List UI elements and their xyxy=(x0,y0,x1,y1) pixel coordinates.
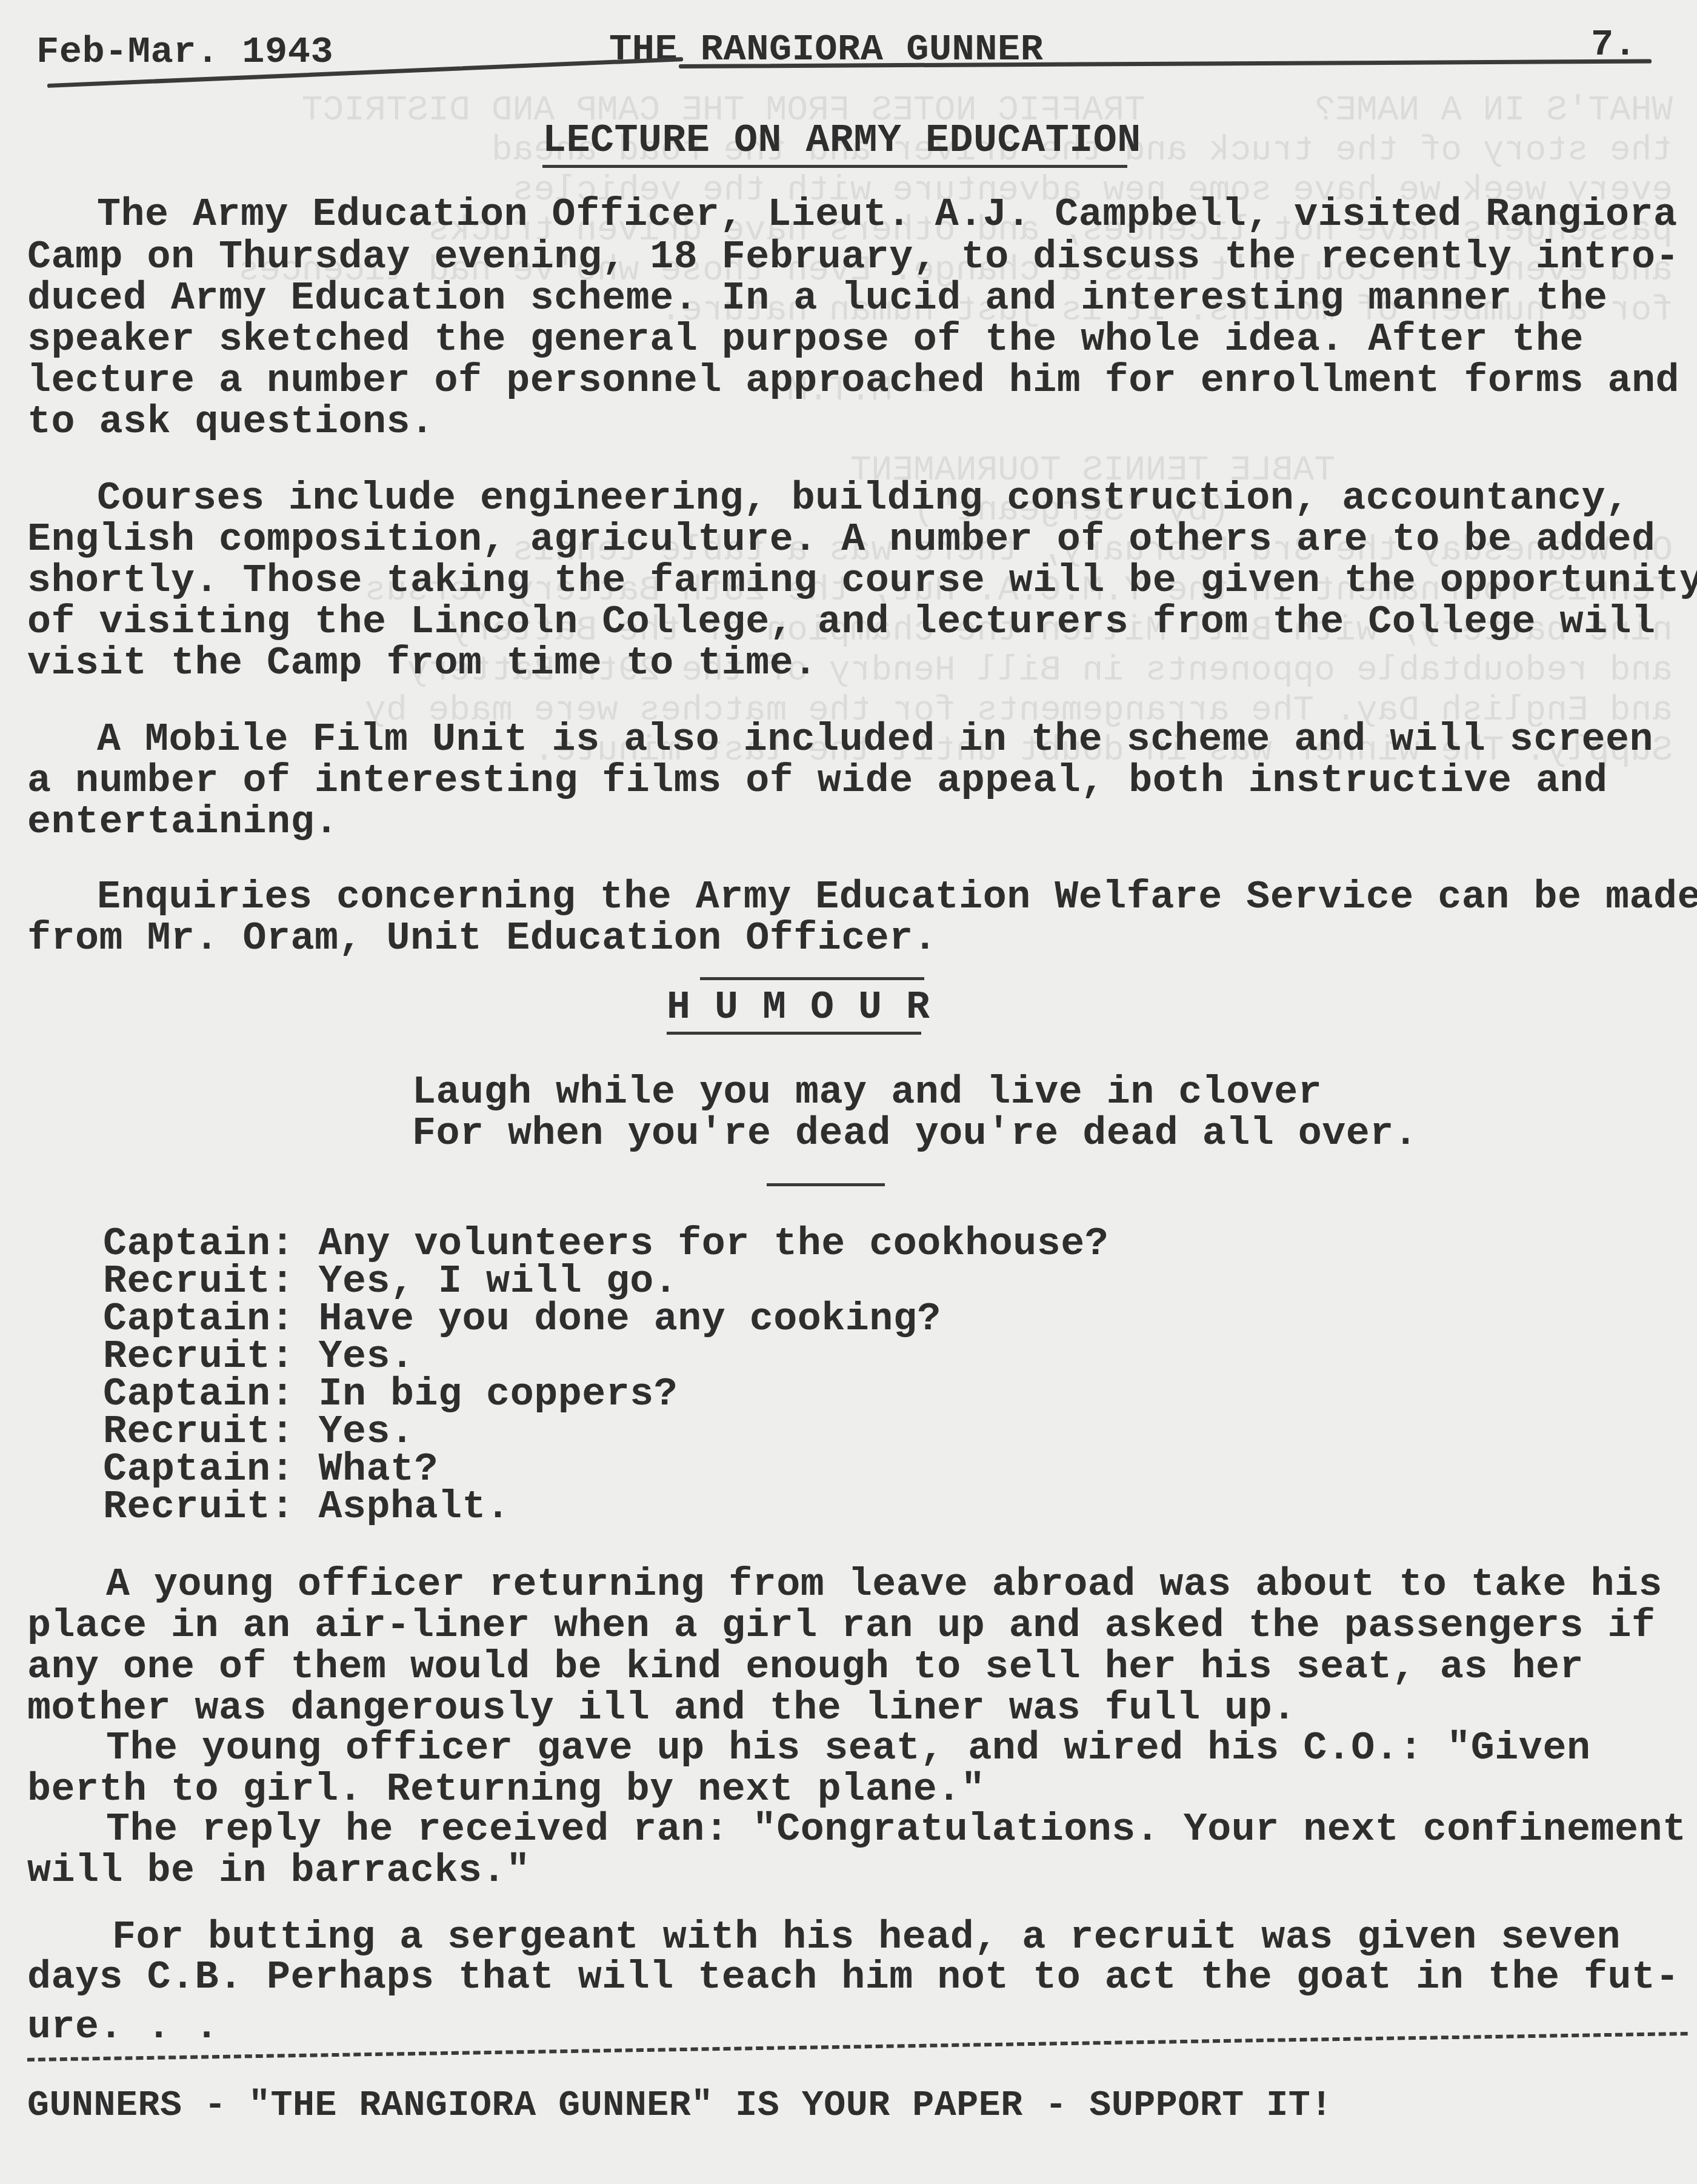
verse-line: For when you're dead you're dead all ove… xyxy=(412,1113,1418,1154)
dialogue-line: Captain: In big coppers? xyxy=(103,1374,678,1415)
paragraph-line: A Mobile Film Unit is also included in t… xyxy=(97,719,1653,760)
paragraph-line: The reply he received ran: "Congratulati… xyxy=(106,1809,1686,1850)
paragraph-line: mother was dangerously ill and the liner… xyxy=(27,1688,1296,1729)
paragraph-line: Courses include engineering, building co… xyxy=(97,478,1629,519)
dialogue-line: Captain: Any volunteers for the cookhous… xyxy=(103,1223,1109,1264)
speaker: Recruit: xyxy=(103,1484,295,1529)
newsletter-page: WHAT'S IN A NAME? TRAFFIC NOTES FROM THE… xyxy=(0,0,1697,2184)
paragraph-line: visit the Camp from time to time. xyxy=(27,643,818,684)
dialogue-line: Captain: Have you done any cooking? xyxy=(103,1298,941,1340)
paragraph-line: lecture a number of personnel approached… xyxy=(27,360,1679,401)
dialogue-line: Recruit: Yes. xyxy=(103,1411,415,1452)
paragraph-line: days C.B. Perhaps that will teach him no… xyxy=(27,1957,1679,1998)
humour-title: H U M O U R xyxy=(667,987,930,1028)
paragraph-line: of visiting the Lincoln College, and lec… xyxy=(27,601,1655,643)
article-title: LECTURE ON ARMY EDUCATION xyxy=(542,120,1141,161)
footer-slogan: GUNNERS - "THE RANGIORA GUNNER" IS YOUR … xyxy=(27,2085,1333,2126)
paragraph-line: entertaining. xyxy=(27,801,339,843)
paragraph-line: ure. . . xyxy=(27,2006,219,2048)
paragraph-line: any one of them would be kind enough to … xyxy=(27,1646,1584,1688)
paragraph-line: For butting a sergeant with his head, a … xyxy=(112,1917,1621,1958)
paragraph-line: shortly. Those taking the farming course… xyxy=(27,560,1697,601)
verse-line: Laugh while you may and live in clover xyxy=(412,1072,1322,1113)
paragraph-line: duced Army Education scheme. In a lucid … xyxy=(27,278,1607,319)
dialogue-line: Recruit: Yes, I will go. xyxy=(103,1261,678,1302)
paragraph-line: The Army Education Officer, Lieut. A.J. … xyxy=(97,194,1677,235)
article-title-underline xyxy=(542,165,1127,168)
paragraph-line: Camp on Thursday evening, 18 February, t… xyxy=(27,236,1679,278)
paragraph-line: Enquiries concerning the Army Education … xyxy=(97,877,1697,918)
paragraph-line: will be in barracks." xyxy=(27,1850,530,1891)
paragraph-line: The young officer gave up his seat, and … xyxy=(106,1728,1590,1769)
humour-title-underline xyxy=(667,1032,921,1035)
paragraph-line: a number of interesting films of wide ap… xyxy=(27,760,1607,801)
paragraph-line: speaker sketched the general purpose of … xyxy=(27,319,1584,360)
issue-date: Feb-Mar. 1943 xyxy=(36,32,333,73)
section-separator xyxy=(700,977,924,980)
footer-dashed-rule xyxy=(27,2032,1688,2065)
short-divider xyxy=(767,1183,885,1186)
paragraph-line: to ask questions. xyxy=(27,401,435,442)
paragraph-line: place in an air-liner when a girl ran up… xyxy=(27,1605,1655,1646)
paragraph-line: berth to girl. Returning by next plane." xyxy=(27,1769,985,1810)
dialogue-text: Asphalt. xyxy=(319,1484,510,1529)
dialogue-line: Recruit: Yes. xyxy=(103,1336,415,1377)
dialogue-line: Captain: What? xyxy=(103,1449,438,1490)
paragraph-line: English composition, agriculture. A numb… xyxy=(27,519,1655,560)
paragraph-line: A young officer returning from leave abr… xyxy=(106,1564,1662,1605)
dialogue-line: Recruit: Asphalt. xyxy=(103,1486,510,1528)
paragraph-line: from Mr. Oram, Unit Education Officer. xyxy=(27,918,937,959)
